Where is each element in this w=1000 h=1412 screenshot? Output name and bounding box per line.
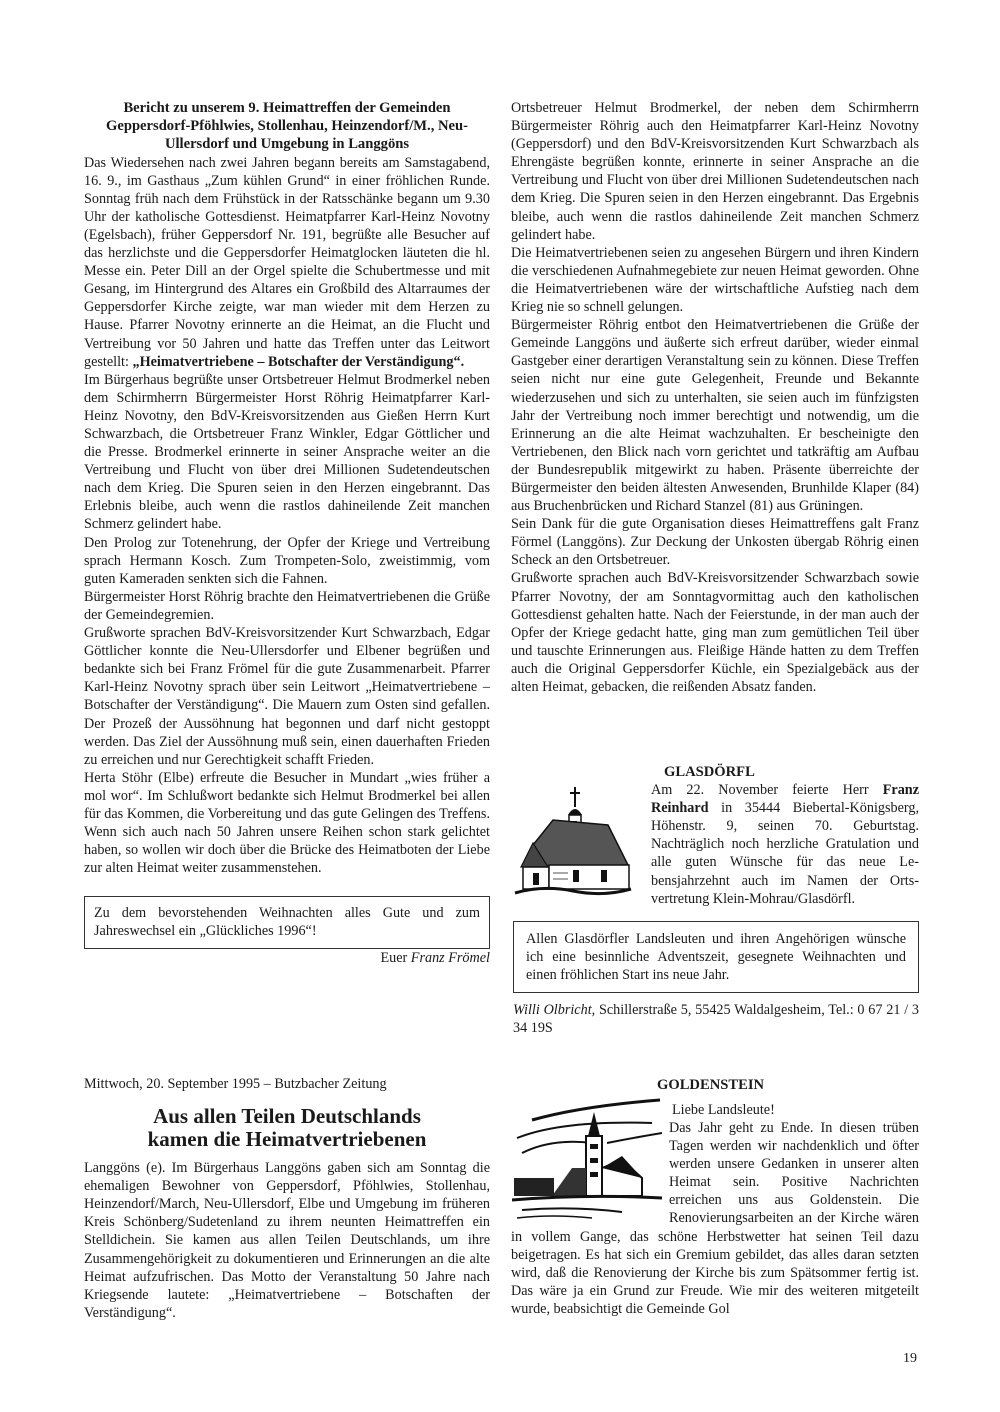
contact-name: Willi Olbricht, [513,1002,595,1018]
christmas-greeting-box: Zu dem bevorstehenden Weihnachten alles … [84,896,490,948]
glasdoerfl-contact: Willi Olbricht, Schillerstraße 5, 55425 … [513,1001,919,1037]
page-number: 19 [903,1351,917,1367]
report-title: Bericht zu unserem 9. Heimattreffen der … [84,99,490,154]
glasdoerfl-greeting-box: Allen Glasdörfler Landsleuten und ihren … [513,921,919,993]
motto-bold: „Heimatvertriebene – Botschafter der Ver… [132,354,464,370]
christmas-greeting-text: Zu dem bevorstehenden Weihnachten alles … [94,904,480,940]
report-paragraph-5: Grußworte sprachen BdV-Kreisvorsitzender… [84,624,490,769]
glasdoerfl-greeting-text: Allen Glasdörfler Landsleuten und ihren … [526,930,906,984]
newspaper-headline: Aus allen Teilen Deutschlands kamen die … [84,1105,490,1151]
right-paragraph-3: Bürgermeister Röhrig entbot den Heimatve… [511,316,919,515]
chapel-illustration-icon [513,785,633,897]
newspaper-body: Langgöns (e). Im Bürgerhaus Langgöns gab… [84,1159,490,1322]
right-column: Ortsbetreuer Helmut Brodmerkel, der nebe… [511,99,919,696]
glasdoerfl-title: GLASDÖRFL [651,763,919,781]
left-column: Bericht zu unserem 9. Heimattreffen der … [84,99,490,967]
report-paragraph-2: Im Bürgerhaus begrüßte unser Ortsbetreue… [84,371,490,534]
glasdoerfl-box-wrap: Allen Glasdörfler Landsleuten und ihren … [513,921,919,1037]
goldenstein-title: GOLDENSTEIN [511,1076,919,1094]
right-paragraph-2: Die Heimatvertriebenen seien zu angesehe… [511,244,919,316]
signature-name: Franz Frömel [411,950,490,966]
report-paragraph-4: Bürgermeister Horst Röhrig brachte den H… [84,588,490,624]
goldenstein-intro: Liebe Landsleute! [672,1101,919,1119]
right-paragraph-1: Ortsbetreuer Helmut Brodmerkel, der nebe… [511,99,919,244]
report-paragraph-3: Den Prolog zur Totenehrung, der Opfer de… [84,534,490,588]
glasdoerfl-text: Am 22. November feierte Herr Franz Reinh… [651,781,919,908]
right-paragraph-4: Sein Dank für die gute Organisation dies… [511,515,919,569]
report-paragraph-6: Herta Stöhr (Elbe) erfreute die Besucher… [84,769,490,878]
signature: Euer Franz Frömel [84,949,490,967]
right-paragraph-5: Grußworte sprachen auch BdV-Kreisvorsitz… [511,569,919,696]
goldenstein-title-wrap: GOLDENSTEIN [511,1076,919,1094]
newspaper-dateline: Mittwoch, 20. September 1995 – Butzbache… [84,1075,490,1093]
goldenstein-salutation: Liebe Landsleute! [672,1101,919,1119]
newspaper-article: Mittwoch, 20. September 1995 – Butzbache… [84,1075,490,1322]
glasdoerfl-section: GLASDÖRFL Am 22. November feierte Herr F… [651,763,919,908]
image-float-spacer [511,1119,669,1219]
report-paragraph-1: Das Wiedersehen nach zwei Jahren begann … [84,154,490,371]
goldenstein-body-wrap: Das Jahr geht zu Ende. In diesen trüben … [511,1119,919,1318]
